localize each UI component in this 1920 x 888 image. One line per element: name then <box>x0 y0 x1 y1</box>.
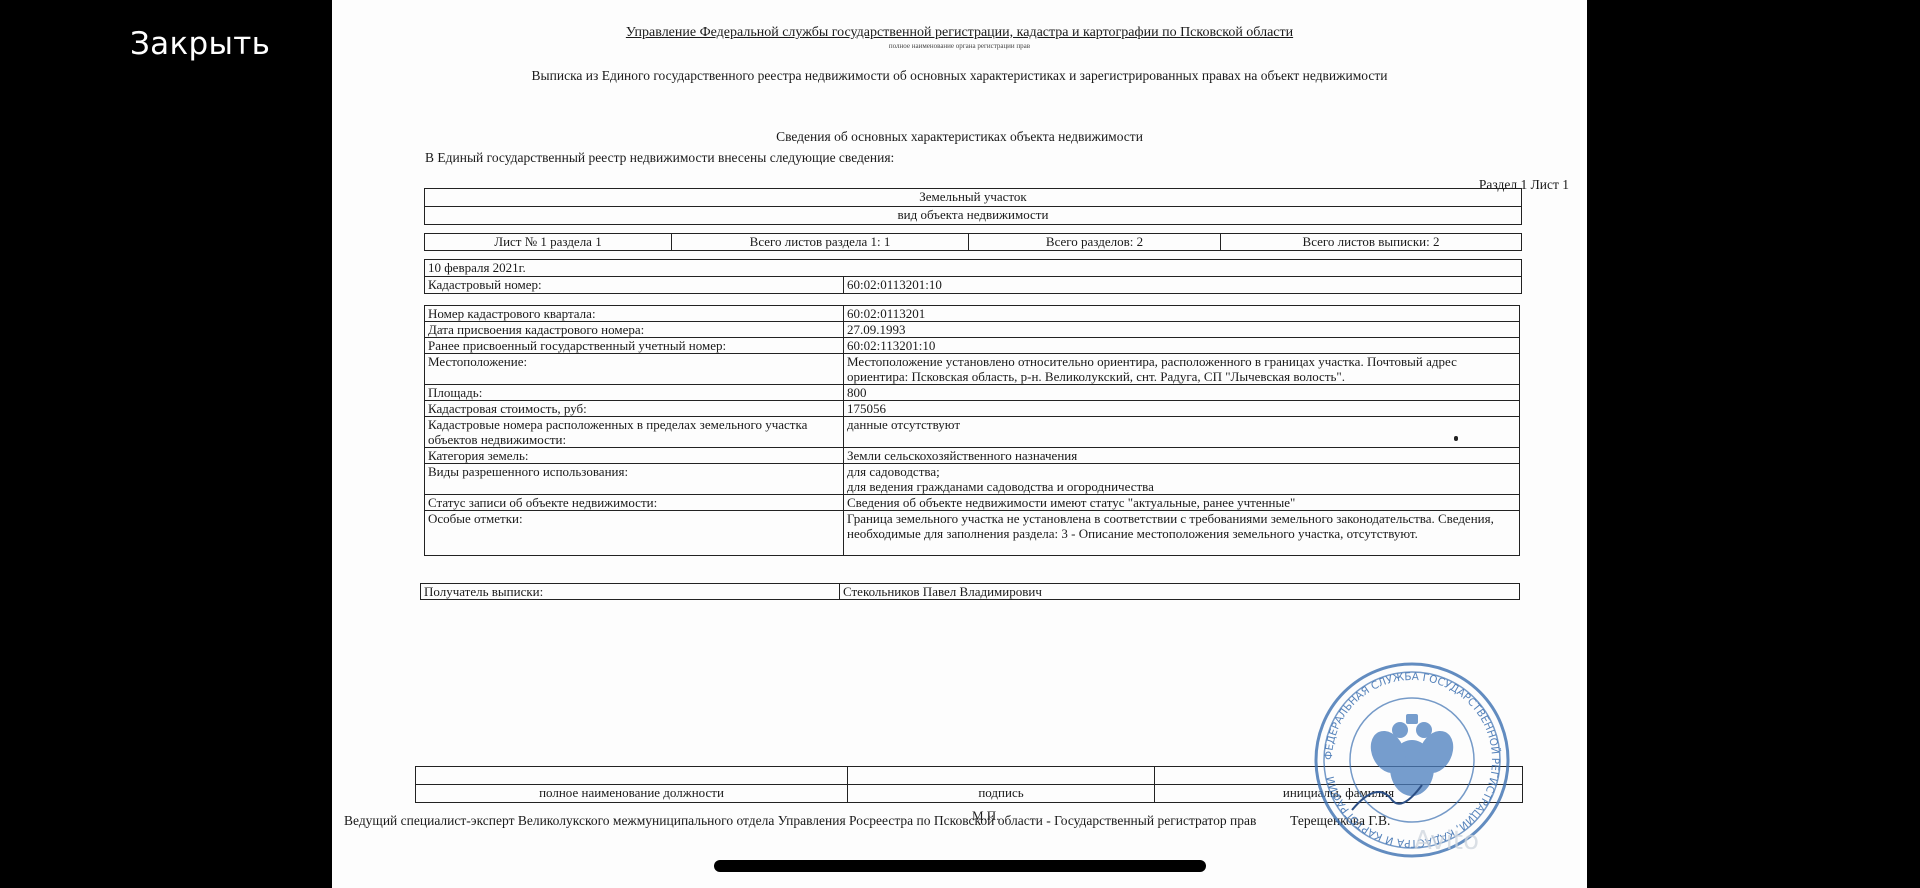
usage-line: для садоводства; <box>847 464 1516 479</box>
position-caption: полное наименование должности <box>416 785 848 803</box>
home-indicator[interactable] <box>714 860 1206 872</box>
section-title: Сведения об основных характеристиках объ… <box>332 129 1587 145</box>
object-type: Земельный участок <box>425 189 1522 207</box>
total-sheets-section: Всего листов раздела 1: 1 <box>672 234 969 251</box>
authority-caption: полное наименование органа регистрации п… <box>332 42 1587 50</box>
field-label: Номер кадастрового квартала: <box>425 306 844 322</box>
table-row: Кадастровая стоимость, руб:175056 <box>425 401 1520 417</box>
field-value: Граница земельного участка не установлен… <box>844 511 1520 556</box>
authority-name: Управление Федеральной службы государств… <box>332 25 1587 41</box>
field-value: 27.09.1993 <box>844 322 1520 338</box>
cadastral-number-value: 60:02:0113201:10 <box>844 277 1522 294</box>
table-row: Кадастровые номера расположенных в преде… <box>425 417 1520 448</box>
official-stamp-icon: ФЕДЕРАЛЬНАЯ СЛУЖБА ГОСУДАРСТВЕННОЙ РЕГИС… <box>1312 660 1512 860</box>
field-label: Кадастровая стоимость, руб: <box>425 401 844 417</box>
usage-line: для ведения гражданами садоводства и ого… <box>847 479 1516 494</box>
total-sections: Всего разделов: 2 <box>969 234 1221 251</box>
registrar-footer: Ведущий специалист-эксперт Великолукског… <box>344 813 1390 829</box>
table-row: Номер кадастрового квартала:60:02:011320… <box>425 306 1520 322</box>
date-table: 10 февраля 2021г. Кадастровый номер: 60:… <box>424 259 1522 294</box>
sheet-number: Лист № 1 раздела 1 <box>425 234 672 251</box>
field-label: Статус записи об объекте недвижимости: <box>425 495 844 511</box>
cadastral-number-label: Кадастровый номер: <box>425 277 844 294</box>
recipient-value: Стекольников Павел Владимирович <box>840 584 1520 600</box>
field-label: Кадастровые номера расположенных в преде… <box>425 417 844 448</box>
field-value: Местоположение установлено относительно … <box>844 354 1520 385</box>
document-page: Управление Федеральной службы государств… <box>332 0 1587 888</box>
field-label: Категория земель: <box>425 448 844 464</box>
table-row: Площадь:800 <box>425 385 1520 401</box>
close-button[interactable]: Закрыть <box>130 26 270 62</box>
field-label: Виды разрешенного использования: <box>425 464 844 495</box>
field-label: Особые отметки: <box>425 511 844 556</box>
table-row: Особые отметки:Граница земельного участк… <box>425 511 1520 556</box>
object-type-table: Земельный участок вид объекта недвижимос… <box>424 188 1522 225</box>
field-value: 175056 <box>844 401 1520 417</box>
characteristics-table: Номер кадастрового квартала:60:02:011320… <box>424 305 1520 556</box>
field-label: Дата присвоения кадастрового номера: <box>425 322 844 338</box>
field-value: 800 <box>844 385 1520 401</box>
total-sheets-extract: Всего листов выписки: 2 <box>1221 234 1522 251</box>
avito-watermark: Avito <box>1414 826 1479 856</box>
field-value: Сведения об объекте недвижимости имеют с… <box>844 495 1520 511</box>
table-row: Виды разрешенного использования:для садо… <box>425 464 1520 495</box>
field-value: данные отсутствуют <box>844 417 1520 448</box>
scan-artifact <box>1454 436 1458 441</box>
intro-text: В Единый государственный реестр недвижим… <box>425 150 894 166</box>
table-row: Местоположение:Местоположение установлен… <box>425 354 1520 385</box>
table-row: Ранее присвоенный государственный учетны… <box>425 338 1520 354</box>
field-label: Площадь: <box>425 385 844 401</box>
field-value: 60:02:113201:10 <box>844 338 1520 354</box>
field-label: Местоположение: <box>425 354 844 385</box>
sheet-info-table: Лист № 1 раздела 1 Всего листов раздела … <box>424 233 1522 251</box>
table-row: Статус записи об объекте недвижимости:Св… <box>425 495 1520 511</box>
field-value: Земли сельскохозяйственного назначения <box>844 448 1520 464</box>
field-value: для садоводства;для ведения гражданами с… <box>844 464 1520 495</box>
recipient-table: Получатель выписки:Стекольников Павел Вл… <box>420 583 1520 600</box>
recipient-label: Получатель выписки: <box>421 584 840 600</box>
document-title: Выписка из Единого государственного реес… <box>332 68 1587 84</box>
table-row: Дата присвоения кадастрового номера:27.0… <box>425 322 1520 338</box>
object-type-caption: вид объекта недвижимости <box>425 207 1522 225</box>
extract-date: 10 февраля 2021г. <box>425 260 1522 277</box>
field-value: 60:02:0113201 <box>844 306 1520 322</box>
signature-caption: подпись <box>848 785 1155 803</box>
field-label: Ранее присвоенный государственный учетны… <box>425 338 844 354</box>
table-row: Категория земель:Земли сельскохозяйствен… <box>425 448 1520 464</box>
